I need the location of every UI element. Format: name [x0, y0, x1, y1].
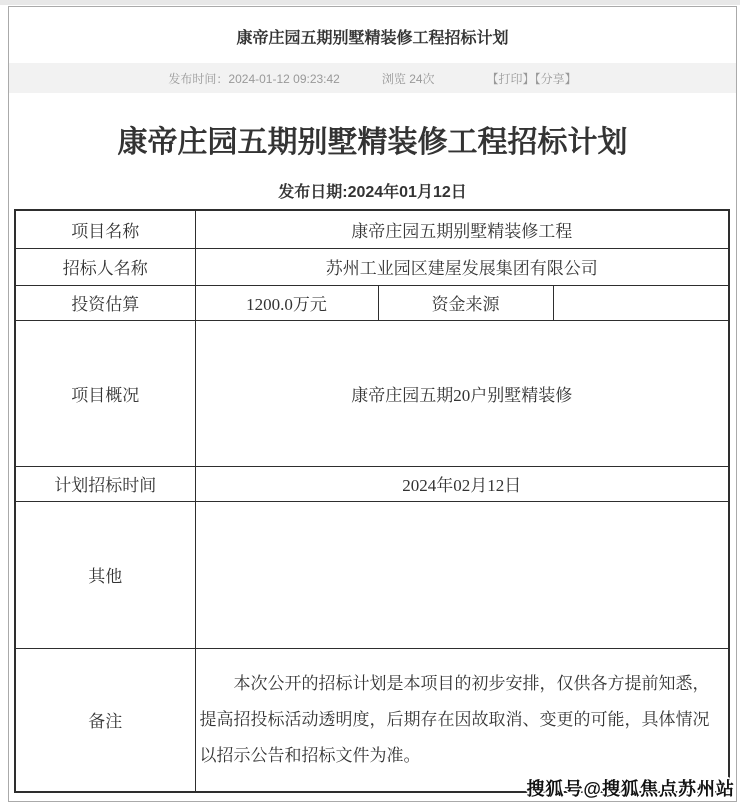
table-row: 投资估算 1200.0万元 资金来源: [15, 285, 729, 320]
tender-info-table: 项目名称 康帝庄园五期别墅精装修工程 招标人名称 苏州工业园区建屋发展集团有限公…: [14, 209, 730, 793]
funding-source-value: [553, 285, 729, 320]
table-row: 其他: [15, 501, 729, 648]
funding-source-label: 资金来源: [378, 285, 553, 320]
plan-time-value: 2024年02月12日: [195, 466, 729, 501]
remarks-wrap: 本次公开的招标计划是本项目的初步安排，仅供各方提前知悉，提高招投标活动透明度，后…: [196, 666, 729, 774]
table-row: 招标人名称 苏州工业园区建屋发展集团有限公司: [15, 248, 729, 285]
remarks-text: 本次公开的招标计划是本项目的初步安排，仅供各方提前知悉，提高招投标活动透明度，后…: [196, 666, 729, 774]
remarks-value: 本次公开的招标计划是本项目的初步安排，仅供各方提前知悉，提高招投标活动透明度，后…: [195, 648, 729, 792]
other-label: 其他: [15, 501, 195, 648]
page-title: 康帝庄园五期别墅精装修工程招标计划: [9, 7, 736, 50]
investment-label: 投资估算: [15, 285, 195, 320]
plan-time-label: 计划招标时间: [15, 466, 195, 501]
remarks-label: 备注: [15, 648, 195, 792]
tenderer-value: 苏州工业园区建屋发展集团有限公司: [195, 248, 729, 285]
publish-date: 发布日期:2024年01月12日: [9, 183, 736, 203]
meta-bar: 发布时间：2024-01-12 09:23:42 浏览 24次 【打印】【分享】: [9, 63, 736, 93]
publish-time: 发布时间：2024-01-12 09:23:42: [168, 70, 339, 87]
table-row: 项目名称 康帝庄园五期别墅精装修工程: [15, 210, 729, 248]
print-button[interactable]: 【打印】: [487, 72, 535, 86]
overview-label: 项目概况: [15, 320, 195, 466]
tenderer-label: 招标人名称: [15, 248, 195, 285]
meta-actions: 【打印】【分享】: [487, 70, 577, 87]
investment-value: 1200.0万元: [195, 285, 378, 320]
other-value: [195, 501, 729, 648]
project-name-value: 康帝庄园五期别墅精装修工程: [195, 210, 729, 248]
view-count: 浏览 24次: [382, 70, 435, 87]
table-row: 项目概况 康帝庄园五期20户别墅精装修: [15, 320, 729, 466]
article-title: 康帝庄园五期别墅精装修工程招标计划: [9, 125, 736, 161]
project-name-label: 项目名称: [15, 210, 195, 248]
watermark: 搜狐号@搜狐焦点苏州站: [526, 775, 735, 801]
table-row: 计划招标时间 2024年02月12日: [15, 466, 729, 501]
table-row: 备注 本次公开的招标计划是本项目的初步安排，仅供各方提前知悉，提高招投标活动透明…: [15, 648, 729, 792]
article-card: 康帝庄园五期别墅精装修工程招标计划 发布时间：2024-01-12 09:23:…: [8, 6, 737, 802]
page-top-strip: [0, 0, 740, 5]
share-button[interactable]: 【分享】: [535, 72, 577, 86]
overview-value: 康帝庄园五期20户别墅精装修: [195, 320, 729, 466]
